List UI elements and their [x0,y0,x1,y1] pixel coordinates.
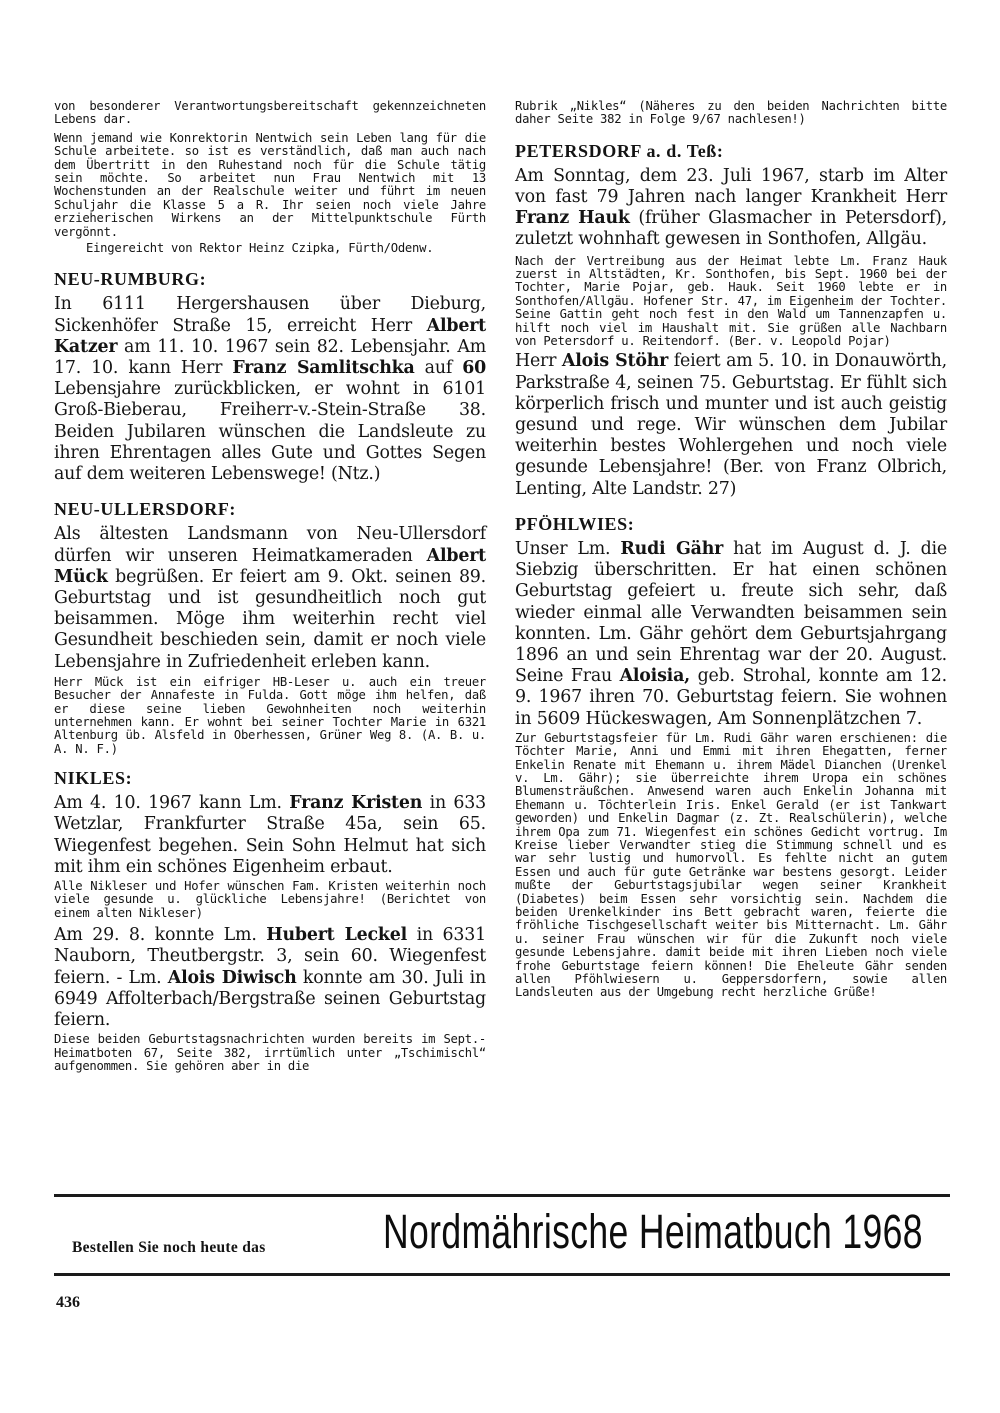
neu-ullersdorf-note: Herr Mück ist ein eifriger HB-Leser u. a… [54,676,486,756]
left-column: von besonderer Verantwortungsbereitschaf… [54,100,486,1073]
footer-rule-top [54,1194,950,1197]
neu-ullersdorf-paragraph: Als ältesten Landsmann von Neu-Ullersdor… [54,524,486,672]
continuation-note: Rubrik „Nikles“ (Näheres zu den beiden N… [515,100,947,127]
page-number: 436 [56,1294,80,1312]
name-franz-samlitschka: Franz Samlitschka [232,358,414,378]
heading-neu-ullersdorf: NEU-ULLERSDORF: [54,499,486,520]
nikles-paragraph-1: Am 4. 10. 1967 kann Lm. Franz Kristen in… [54,793,486,878]
name-franz-hauk: Franz Hauk [515,208,630,228]
name-alois-diwisch: Alois Diwisch [168,968,297,988]
petersdorf-paragraph-2: Herr Alois Stöhr feiert am 5. 10. in Don… [515,351,947,499]
ad-title: Nordmährische Heimatbuch 1968 [383,1205,923,1260]
pfoehlwies-paragraph: Unser Lm. Rudi Gähr hat im August d. J. … [515,539,947,730]
heading-nikles: NIKLES: [54,768,486,789]
name-alois-stoehr: Alois Stöhr [562,351,668,371]
name-rudi-gaehr: Rudi Gähr [620,539,723,559]
heading-neu-rumburg: NEU-RUMBURG: [54,269,486,290]
intro-paragraph-2: Wenn jemand wie Konrektorin Nentwich sei… [54,132,486,239]
nikles-note-1: Alle Nikleser und Hofer wünschen Fam. Kr… [54,880,486,920]
footer-rule-bottom [54,1273,950,1276]
heading-pfoehlwies: PFÖHLWIES: [515,514,947,535]
petersdorf-note: Nach der Vertreibung aus der Heimat lebt… [515,255,947,349]
intro-signature: Eingereicht von Rektor Heinz Czipka, Für… [54,242,486,255]
name-franz-kristen: Franz Kristen [289,793,422,813]
right-column: Rubrik „Nikles“ (Näheres zu den beiden N… [515,100,947,1000]
intro-paragraph-1: von besonderer Verantwortungsbereitschaf… [54,100,486,127]
pfoehlwies-note: Zur Geburtstagsfeier für Lm. Rudi Gähr w… [515,732,947,1000]
petersdorf-paragraph-1: Am Sonntag, dem 23. Juli 1967, starb im … [515,166,947,251]
nikles-paragraph-2: Am 29. 8. konnte Lm. Hubert Leckel in 63… [54,925,486,1031]
ad-lead-text: Bestellen Sie noch heute das [72,1239,266,1257]
name-aloisia: Aloisia, [620,666,690,686]
neu-rumburg-paragraph: In 6111 Hergershausen über Dieburg, Sick… [54,294,486,485]
name-hubert-leckel: Hubert Leckel [266,925,407,945]
nikles-note-2: Diese beiden Geburtstagsnachrichten wurd… [54,1033,486,1073]
heading-petersdorf: PETERSDORF a. d. Teß: [515,141,947,162]
